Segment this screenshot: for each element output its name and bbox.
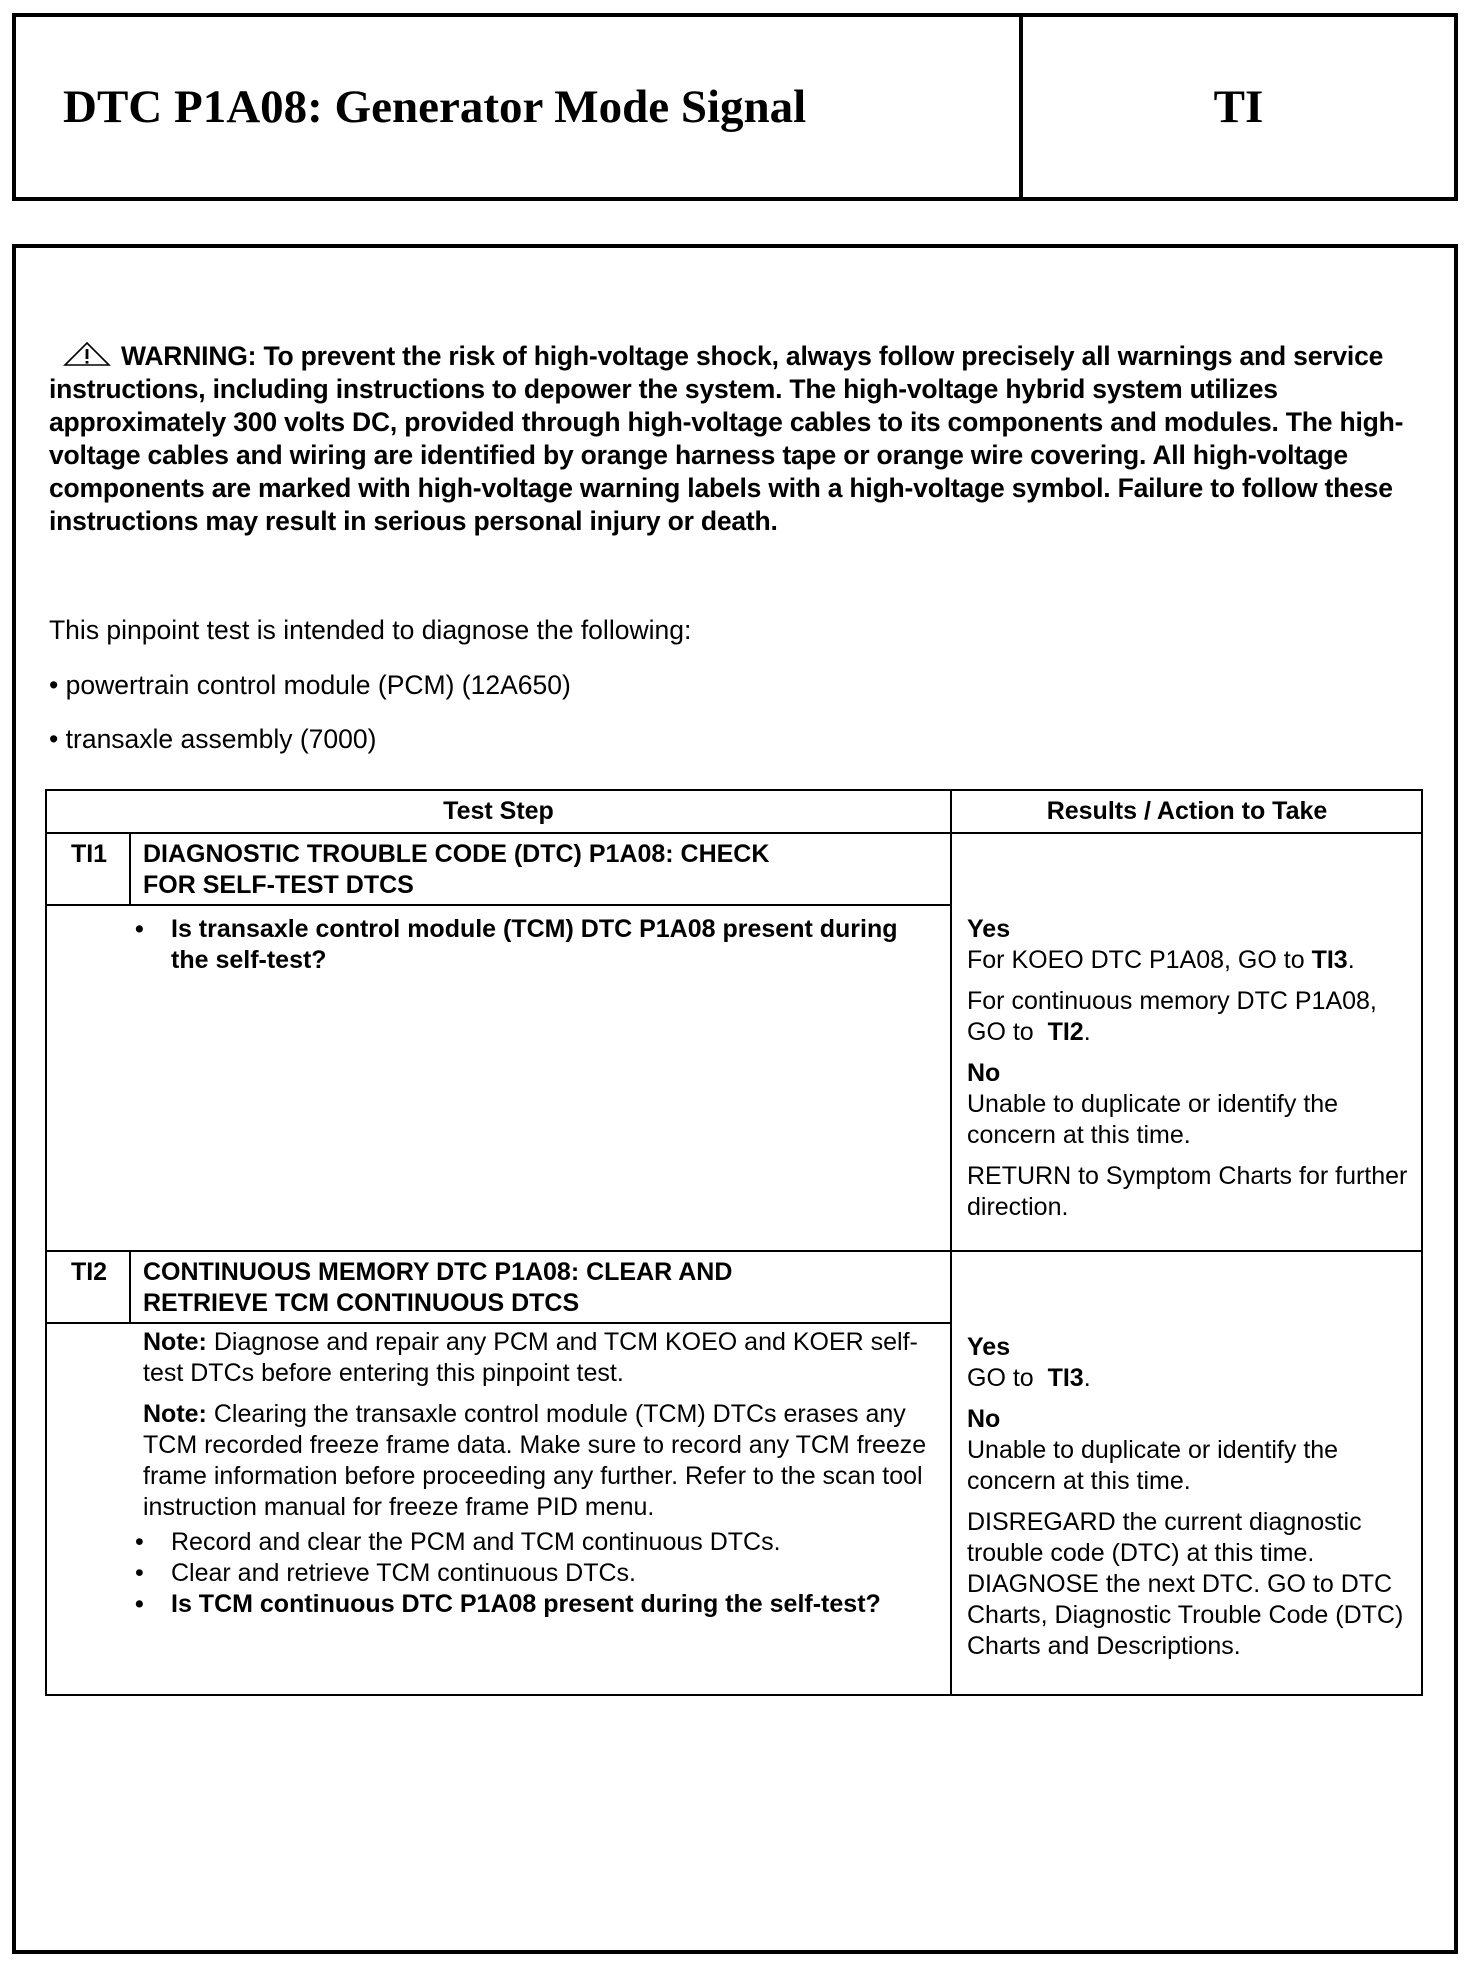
step-title: DIAGNOSTIC TROUBLE CODE (DTC) P1A08: CHE… <box>143 839 769 901</box>
result-yes-label: Yes <box>967 1332 1417 1363</box>
header-divider <box>47 832 1421 834</box>
note-text: Diagnose and repair any PCM and TCM KOEO… <box>143 1328 918 1387</box>
instruction-bullet: Record and clear the PCM and TCM continu… <box>131 1527 943 1558</box>
note: Note: Diagnose and repair any PCM and TC… <box>143 1327 943 1389</box>
warning-block: WARNING: To prevent the risk of high-vol… <box>49 340 1439 538</box>
title-box: DTC P1A08: Generator Mode Signal TI <box>12 13 1458 201</box>
content-box: WARNING: To prevent the risk of high-vol… <box>12 244 1458 1954</box>
warning-triangle-icon <box>63 341 111 365</box>
result-text: GO to <box>967 1364 1034 1392</box>
page-title: DTC P1A08: Generator Mode Signal <box>63 17 806 197</box>
goto-ti3-link[interactable]: TI3 <box>1048 1364 1084 1392</box>
result-no-text: DISREGARD the current diagnostic trouble… <box>967 1507 1417 1662</box>
question-bullet: Is TCM continuous DTC P1A08 present duri… <box>131 1589 943 1620</box>
result-no-text: RETURN to Symptom Charts for further dir… <box>967 1161 1412 1223</box>
component-item: • powertrain control module (PCM) (12A65… <box>49 669 571 702</box>
step-results: Yes For KOEO DTC P1A08, GO to TI3. For c… <box>967 914 1412 1223</box>
result-no-text: Unable to duplicate or identify the conc… <box>967 1435 1417 1497</box>
result-yes-text: GO to TI3. <box>967 1363 1417 1394</box>
result-yes-text: For KOEO DTC P1A08, GO to TI3. <box>967 945 1412 976</box>
warning-text: WARNING: To prevent the risk of high-vol… <box>49 341 1403 536</box>
row-divider <box>47 1250 1421 1252</box>
step-title-divider <box>47 904 950 906</box>
step-instructions: Note: Diagnose and repair any PCM and TC… <box>143 1327 943 1620</box>
section-code: TI <box>1023 17 1454 197</box>
step-title-line: CONTINUOUS MEMORY DTC P1A08: CLEAR AND <box>143 1257 732 1288</box>
column-header-test-step: Test Step <box>47 791 950 831</box>
result-yes-text: For continuous memory DTC P1A08, GO to T… <box>967 986 1412 1048</box>
result-text: For continuous memory DTC P1A08, GO to <box>967 987 1377 1046</box>
question-bullet: Is transaxle control module (TCM) DTC P1… <box>131 914 931 976</box>
column-divider <box>950 791 952 1694</box>
result-no-text: Unable to duplicate or identify the conc… <box>967 1089 1412 1151</box>
step-title-line: RETRIEVE TCM CONTINUOUS DTCS <box>143 1288 732 1319</box>
intro-text: This pinpoint test is intended to diagno… <box>49 614 691 647</box>
result-yes-label: Yes <box>967 914 1412 945</box>
step-results: Yes GO to TI3. No Unable to duplicate or… <box>967 1332 1417 1662</box>
instruction-bullet: Clear and retrieve TCM continuous DTCs. <box>131 1558 943 1589</box>
step-question: Is transaxle control module (TCM) DTC P1… <box>131 914 931 976</box>
column-header-results: Results / Action to Take <box>952 791 1422 831</box>
step-title-line: DIAGNOSTIC TROUBLE CODE (DTC) P1A08: CHE… <box>143 839 769 870</box>
note-label: Note: <box>143 1400 207 1428</box>
note-text: Clearing the transaxle control module (T… <box>143 1400 926 1521</box>
component-item: • transaxle assembly (7000) <box>49 723 376 756</box>
pinpoint-test-table: Test Step Results / Action to Take TI1 D… <box>45 789 1423 1696</box>
step-title-line: FOR SELF-TEST DTCS <box>143 870 769 901</box>
result-text: For KOEO DTC P1A08, GO to <box>967 946 1305 974</box>
result-no-label: No <box>967 1404 1417 1435</box>
step-title-divider <box>47 1322 950 1324</box>
step-id: TI1 <box>47 839 131 870</box>
step-id: TI2 <box>47 1257 131 1288</box>
goto-ti3-link[interactable]: TI3 <box>1312 946 1348 974</box>
step-title: CONTINUOUS MEMORY DTC P1A08: CLEAR AND R… <box>143 1257 732 1319</box>
goto-ti2-link[interactable]: TI2 <box>1048 1018 1084 1046</box>
note: Note: Clearing the transaxle control mod… <box>143 1399 943 1523</box>
note-label: Note: <box>143 1328 207 1356</box>
result-no-label: No <box>967 1058 1412 1089</box>
